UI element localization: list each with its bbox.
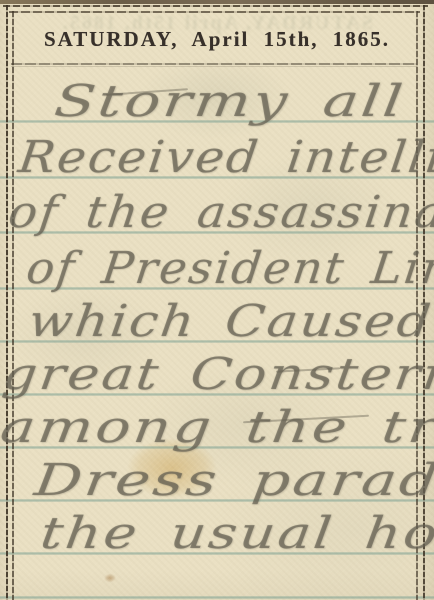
handwriting-line: the usual hour: [38, 512, 434, 556]
frame-border-left-outer: [6, 5, 8, 600]
header-date: SATURDAY, April 15th, 1865.: [0, 27, 434, 52]
handwriting-line: of President Lincoln: [24, 247, 434, 291]
handwriting-line: great Consternation: [0, 353, 434, 397]
frame-border-left-inner: [12, 11, 14, 600]
frame-border-top-inner: [9, 11, 420, 13]
header-separator-rule: [11, 63, 417, 65]
handwriting-line: Dress parade at: [32, 459, 434, 503]
frame-border-top-outer: [3, 5, 428, 7]
handwriting-line: of the assassination: [6, 191, 434, 235]
handwriting-line: among the troops: [0, 406, 434, 450]
handwriting-line: Received intelligence: [16, 136, 434, 180]
ruled-line: [0, 596, 434, 599]
diary-page: SATURDAY, April 15th, 1865. SATURDAY, Ap…: [0, 0, 434, 600]
header-separator-rule-shadow: [11, 66, 417, 67]
handwriting-line: which Caused: [26, 300, 434, 344]
handwriting-line: Stormy all day: [52, 80, 434, 124]
page-top-edge: [0, 0, 434, 4]
